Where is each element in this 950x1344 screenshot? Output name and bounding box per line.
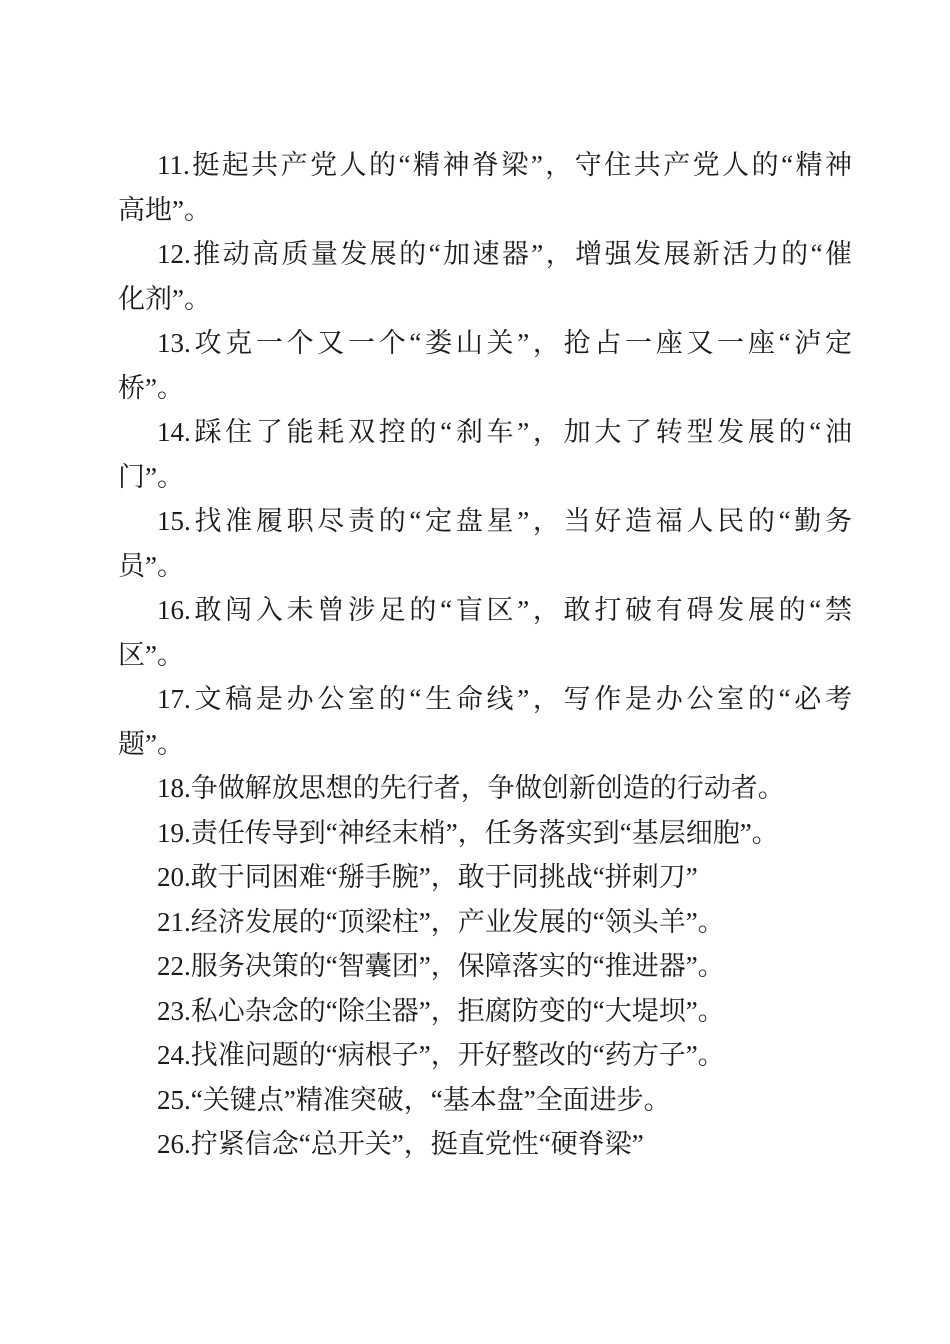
text-line: 21.经济发展的“顶梁柱”，产业发展的“领头羊”。 — [118, 900, 852, 945]
document-body: 11.挺起共产党人的“精神脊梁”，守住共产党人的“精神 高地”。 12.推动高质… — [118, 143, 852, 1167]
text-line: 14.踩住了能耗双控的“刹车”，加大了转型发展的“油 — [118, 410, 852, 455]
list-item-11: 11.挺起共产党人的“精神脊梁”，守住共产党人的“精神 高地”。 — [118, 143, 852, 232]
list-item-18: 18.争做解放思想的先行者，争做创新创造的行动者。 — [118, 766, 852, 811]
text-line: 13.攻克一个又一个“娄山关”，抢占一座又一座“泸定 — [118, 321, 852, 366]
text-line: 门”。 — [118, 455, 852, 500]
list-item-14: 14.踩住了能耗双控的“刹车”，加大了转型发展的“油 门”。 — [118, 410, 852, 499]
list-item-12: 12.推动高质量发展的“加速器”，增强发展新活力的“催 化剂”。 — [118, 232, 852, 321]
text-line: 题”。 — [118, 722, 852, 767]
text-line: 高地”。 — [118, 188, 852, 233]
text-line: 16.敢闯入未曾涉足的“盲区”，敢打破有碍发展的“禁 — [118, 588, 852, 633]
text-line: 19.责任传导到“神经末梢”，任务落实到“基层细胞”。 — [118, 811, 852, 856]
list-item-26: 26.拧紧信念“总开关”，挺直党性“硬脊梁” — [118, 1122, 852, 1167]
text-line: 12.推动高质量发展的“加速器”，增强发展新活力的“催 — [118, 232, 852, 277]
list-item-24: 24.找准问题的“病根子”，开好整改的“药方子”。 — [118, 1033, 852, 1078]
list-item-16: 16.敢闯入未曾涉足的“盲区”，敢打破有碍发展的“禁 区”。 — [118, 588, 852, 677]
list-item-25: 25.“关键点”精准突破，“基本盘”全面进步。 — [118, 1078, 852, 1123]
text-line: 15.找准履职尽责的“定盘星”，当好造福人民的“勤务 — [118, 499, 852, 544]
text-line: 员”。 — [118, 544, 852, 589]
text-line: 11.挺起共产党人的“精神脊梁”，守住共产党人的“精神 — [118, 143, 852, 188]
text-line: 26.拧紧信念“总开关”，挺直党性“硬脊梁” — [118, 1122, 852, 1167]
list-item-17: 17.文稿是办公室的“生命线”，写作是办公室的“必考 题”。 — [118, 677, 852, 766]
list-item-15: 15.找准履职尽责的“定盘星”，当好造福人民的“勤务 员”。 — [118, 499, 852, 588]
text-line: 24.找准问题的“病根子”，开好整改的“药方子”。 — [118, 1033, 852, 1078]
text-line: 22.服务决策的“智囊团”，保障落实的“推进器”。 — [118, 944, 852, 989]
document-page: 11.挺起共产党人的“精神脊梁”，守住共产党人的“精神 高地”。 12.推动高质… — [0, 0, 950, 1344]
list-item-19: 19.责任传导到“神经末梢”，任务落实到“基层细胞”。 — [118, 811, 852, 856]
text-line: 桥”。 — [118, 366, 852, 411]
list-item-13: 13.攻克一个又一个“娄山关”，抢占一座又一座“泸定 桥”。 — [118, 321, 852, 410]
list-item-21: 21.经济发展的“顶梁柱”，产业发展的“领头羊”。 — [118, 900, 852, 945]
list-item-20: 20.敢于同困难“掰手腕”，敢于同挑战“拼刺刀” — [118, 855, 852, 900]
text-line: 化剂”。 — [118, 277, 852, 322]
text-line: 18.争做解放思想的先行者，争做创新创造的行动者。 — [118, 766, 852, 811]
text-line: 区”。 — [118, 633, 852, 678]
list-item-22: 22.服务决策的“智囊团”，保障落实的“推进器”。 — [118, 944, 852, 989]
text-line: 23.私心杂念的“除尘器”，拒腐防变的“大堤坝”。 — [118, 989, 852, 1034]
text-line: 25.“关键点”精准突破，“基本盘”全面进步。 — [118, 1078, 852, 1123]
text-line: 20.敢于同困难“掰手腕”，敢于同挑战“拼刺刀” — [118, 855, 852, 900]
list-item-23: 23.私心杂念的“除尘器”，拒腐防变的“大堤坝”。 — [118, 989, 852, 1034]
text-line: 17.文稿是办公室的“生命线”，写作是办公室的“必考 — [118, 677, 852, 722]
